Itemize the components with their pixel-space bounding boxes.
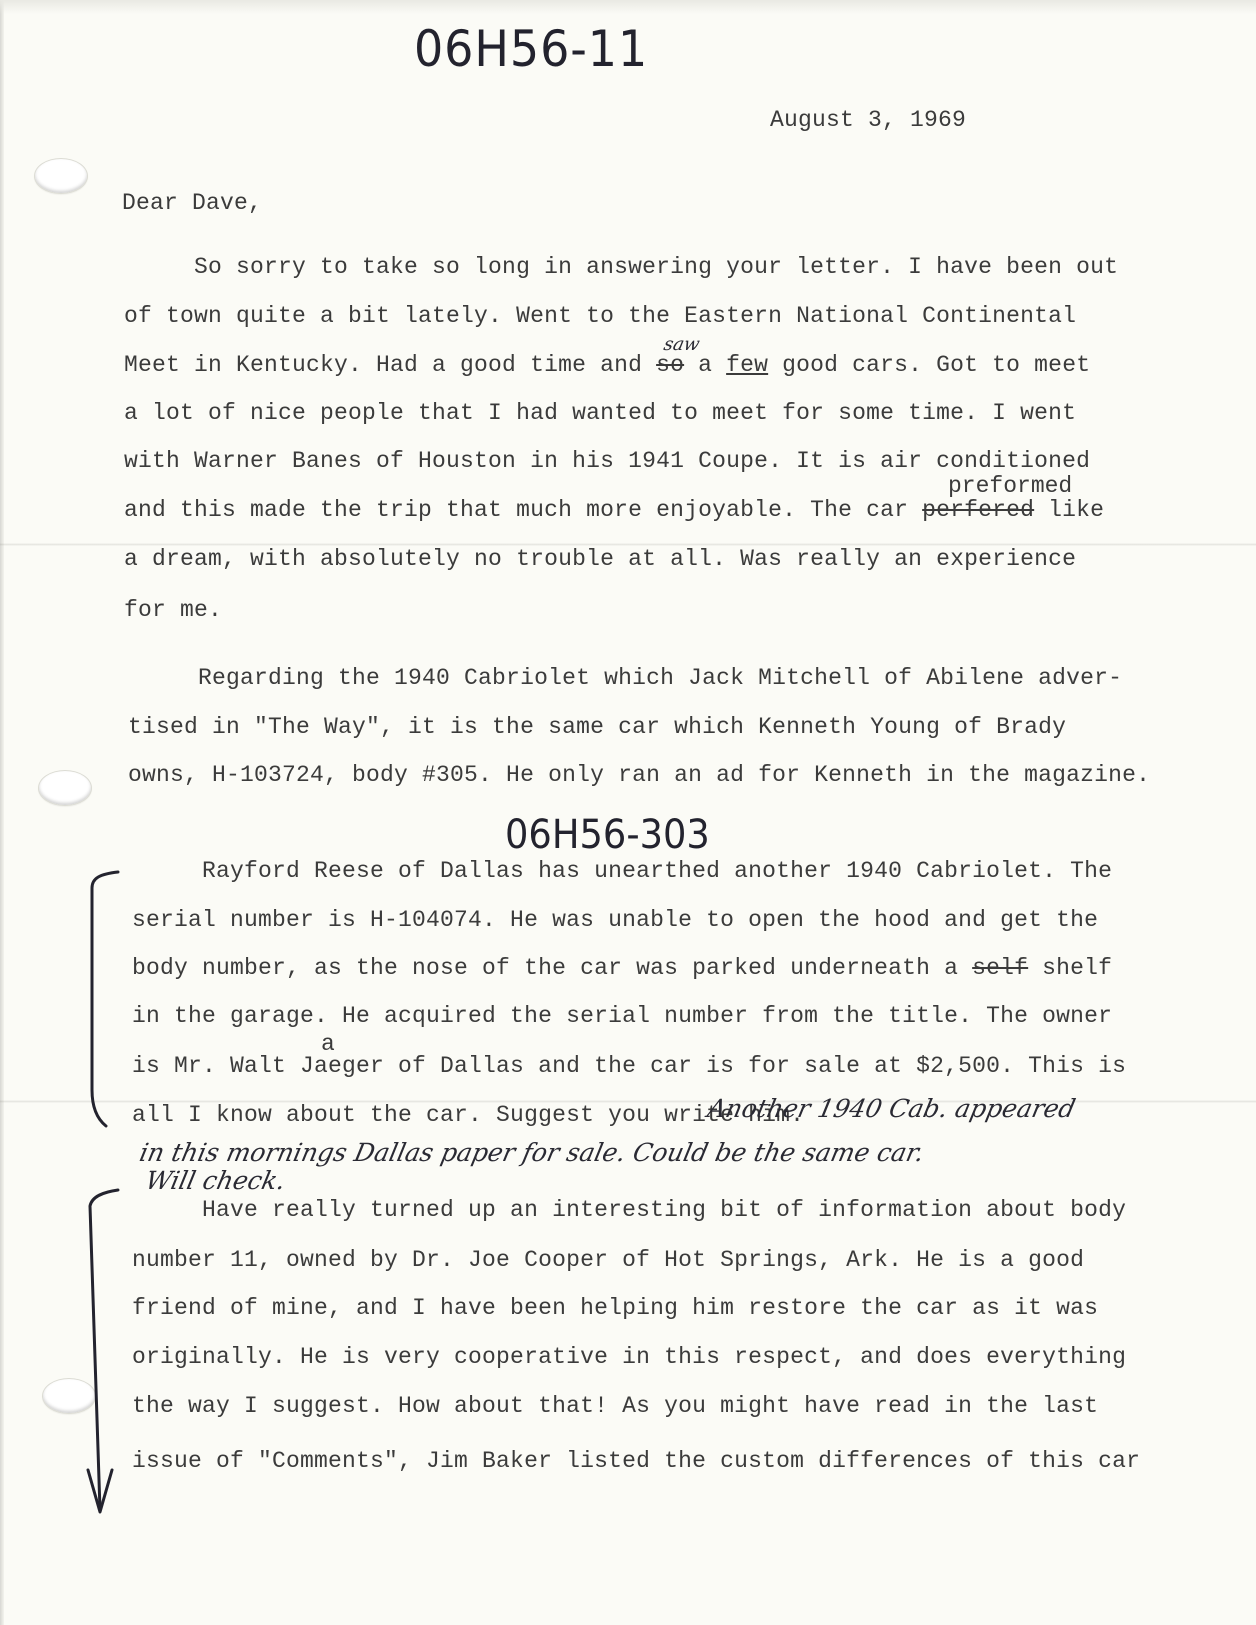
arrow-bracket-mark [90,1190,118,1510]
pen-annotations [0,0,1256,1625]
bracket-mark [92,872,118,1126]
